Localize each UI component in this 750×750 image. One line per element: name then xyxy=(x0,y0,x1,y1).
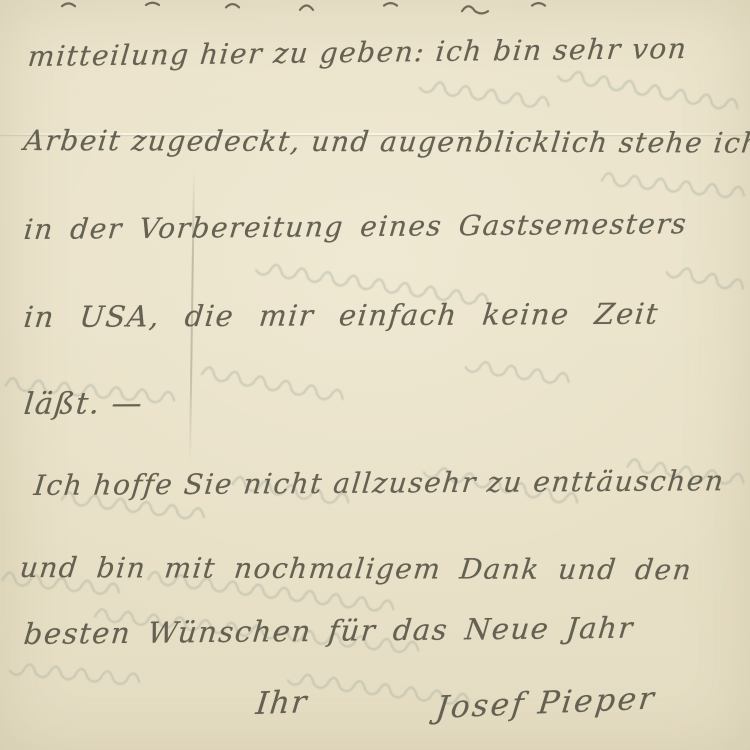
left-edge-ink-speck xyxy=(0,365,6,377)
bleedthrough-mark xyxy=(191,339,348,419)
top-edge-ink-fragment xyxy=(226,0,244,12)
handwriting-line-4: in USA, die mir einfach keine Zeit xyxy=(22,297,660,334)
bleedthrough-mark xyxy=(418,63,552,121)
handwriting-line-2: Arbeit zugedeckt, und augenblicklich ste… xyxy=(22,124,750,160)
top-edge-ink-fragment xyxy=(146,0,160,8)
handwriting-line-8: besten Wünschen für das Neue Jahr xyxy=(22,611,635,651)
top-edge-ink-fragment xyxy=(300,0,322,16)
valediction: Ihr xyxy=(254,684,310,722)
letter-page: mitteilung hier zu geben: ich bin sehr v… xyxy=(0,0,750,750)
top-edge-ink-fragment xyxy=(462,0,488,18)
top-edge-ink-fragment xyxy=(62,0,78,10)
left-edge-ink-speck xyxy=(0,62,8,80)
bleedthrough-mark xyxy=(598,153,747,213)
top-edge-ink-fragment xyxy=(532,0,546,9)
bleedthrough-mark xyxy=(452,338,572,399)
bleedthrough-mark xyxy=(0,642,142,699)
top-edge-ink-fragment xyxy=(384,0,400,9)
handwriting-line-5: läßt. — xyxy=(22,386,145,422)
handwriting-line-3: in der Vorbereitung eines Gastsemesters xyxy=(22,207,688,246)
bleedthrough-mark xyxy=(657,247,748,304)
handwriting-line-7: und bin mit nochmaligem Dank und den xyxy=(18,551,694,586)
left-edge-ink-speck xyxy=(0,138,7,152)
handwriting-line-6: Ich hoffe Sie nicht allzusehr zu enttäus… xyxy=(32,464,726,502)
